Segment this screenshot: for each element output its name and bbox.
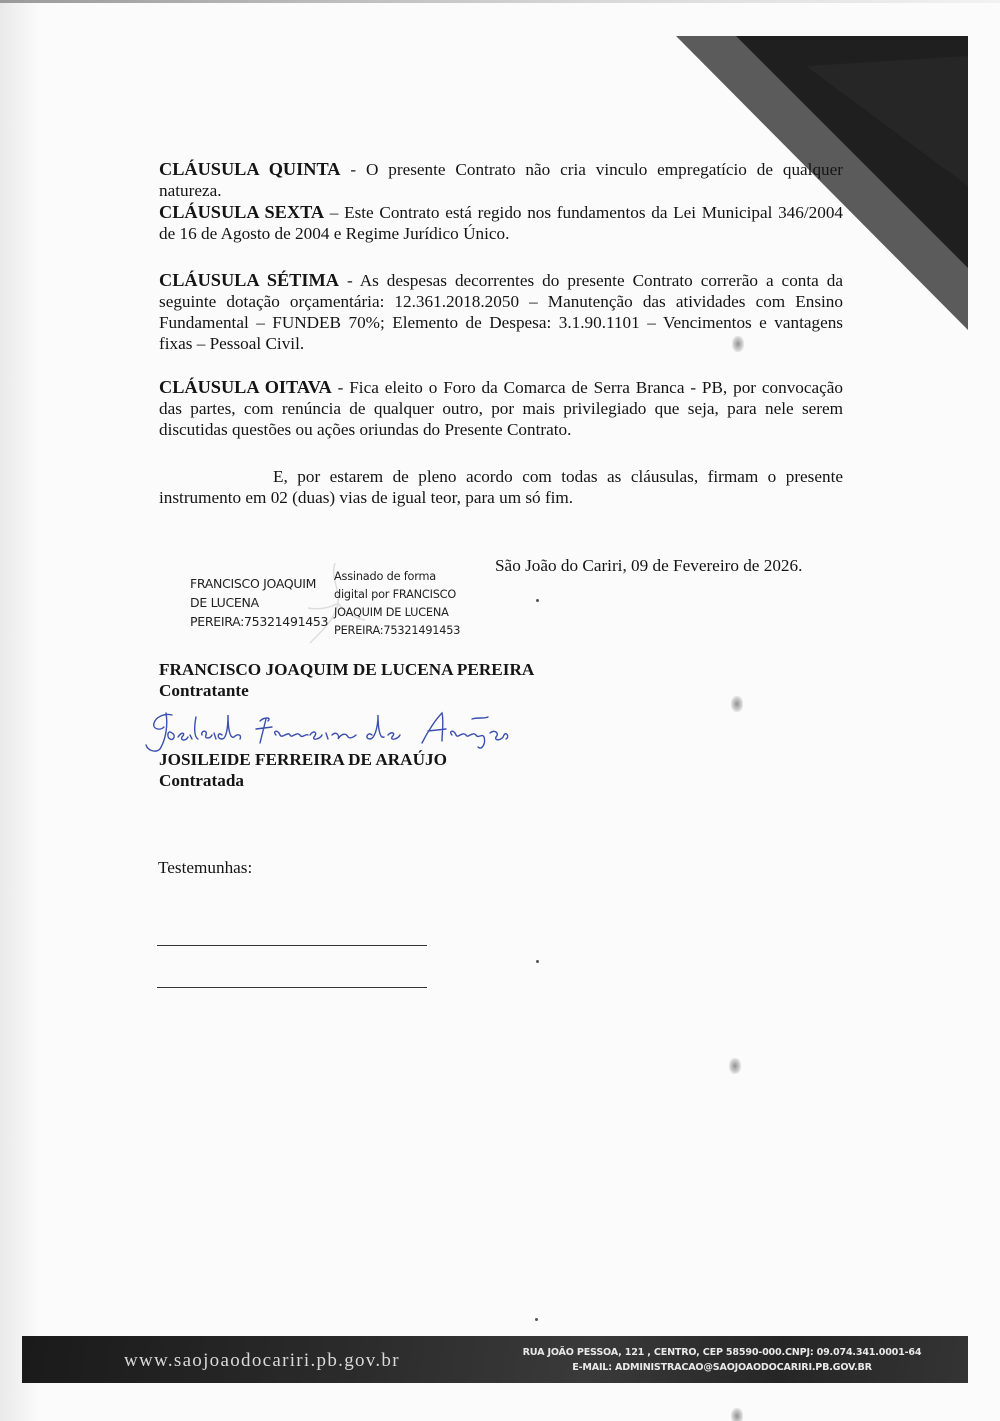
clause-oitava: CLÁUSULA OITAVA - Fica eleito o Foro da … <box>159 377 843 440</box>
footer-contact: RUA JOÃO PESSOA, 121 , CENTRO, CEP 58590… <box>502 1345 942 1375</box>
signer-name: FRANCISCO JOAQUIM DE LUCENA PEREIRA <box>159 659 534 680</box>
clause-heading: CLÁUSULA OITAVA <box>159 377 332 397</box>
signer-contratante: FRANCISCO JOAQUIM DE LUCENA PEREIRA Cont… <box>159 659 534 701</box>
scan-top-edge <box>0 0 1000 3</box>
witness-signature-line-2 <box>157 987 427 988</box>
witness-signature-line-1 <box>157 945 427 946</box>
clause-heading: CLÁUSULA SÉTIMA <box>159 270 339 290</box>
scan-smudge <box>731 1408 743 1421</box>
signer-contratada: JOSILEIDE FERREIRA DE ARAÚJO Contratada <box>159 749 447 791</box>
footer-website: www.saojoaodocariri.pb.gov.br <box>124 1350 400 1372</box>
signer-name: JOSILEIDE FERREIRA DE ARAÚJO <box>159 749 447 770</box>
signer-role: Contratante <box>159 680 534 701</box>
scan-dot <box>536 960 539 963</box>
clause-quinta: CLÁUSULA QUINTA - O presente Contrato nã… <box>159 159 843 201</box>
footer-email: E-MAIL: ADMINISTRACAO@SAOJOAODOCARIRI.PB… <box>502 1360 942 1375</box>
letterhead-footer: www.saojoaodocariri.pb.gov.br RUA JOÃO P… <box>22 1336 968 1383</box>
scan-smudge <box>731 696 743 712</box>
clause-heading: CLÁUSULA QUINTA <box>159 159 340 179</box>
clause-sexta: CLÁUSULA SEXTA – Este Contrato está regi… <box>159 202 843 244</box>
clause-heading: CLÁUSULA SEXTA <box>159 202 324 222</box>
scan-dot <box>536 599 539 602</box>
scan-dot <box>535 1318 538 1321</box>
closing-text: E, por estarem de pleno acordo com todas… <box>159 467 843 507</box>
digital-signature-note: Assinado de forma digital por FRANCISCO … <box>334 568 460 640</box>
witnesses-label: Testemunhas: <box>158 858 252 878</box>
scan-smudge <box>729 1058 741 1074</box>
footer-address: RUA JOÃO PESSOA, 121 , CENTRO, CEP 58590… <box>502 1345 942 1360</box>
closing-paragraph: E, por estarem de pleno acordo com todas… <box>159 466 843 508</box>
digital-signature-block: FRANCISCO JOAQUIM DE LUCENA PEREIRA:7532… <box>190 566 490 646</box>
digital-signature-name: FRANCISCO JOAQUIM DE LUCENA PEREIRA:7532… <box>190 574 328 631</box>
scan-edge-shadow <box>0 0 40 1421</box>
place-and-date: São João do Cariri, 09 de Fevereiro de 2… <box>495 556 802 576</box>
scan-smudge <box>732 336 744 352</box>
signer-role: Contratada <box>159 770 447 791</box>
